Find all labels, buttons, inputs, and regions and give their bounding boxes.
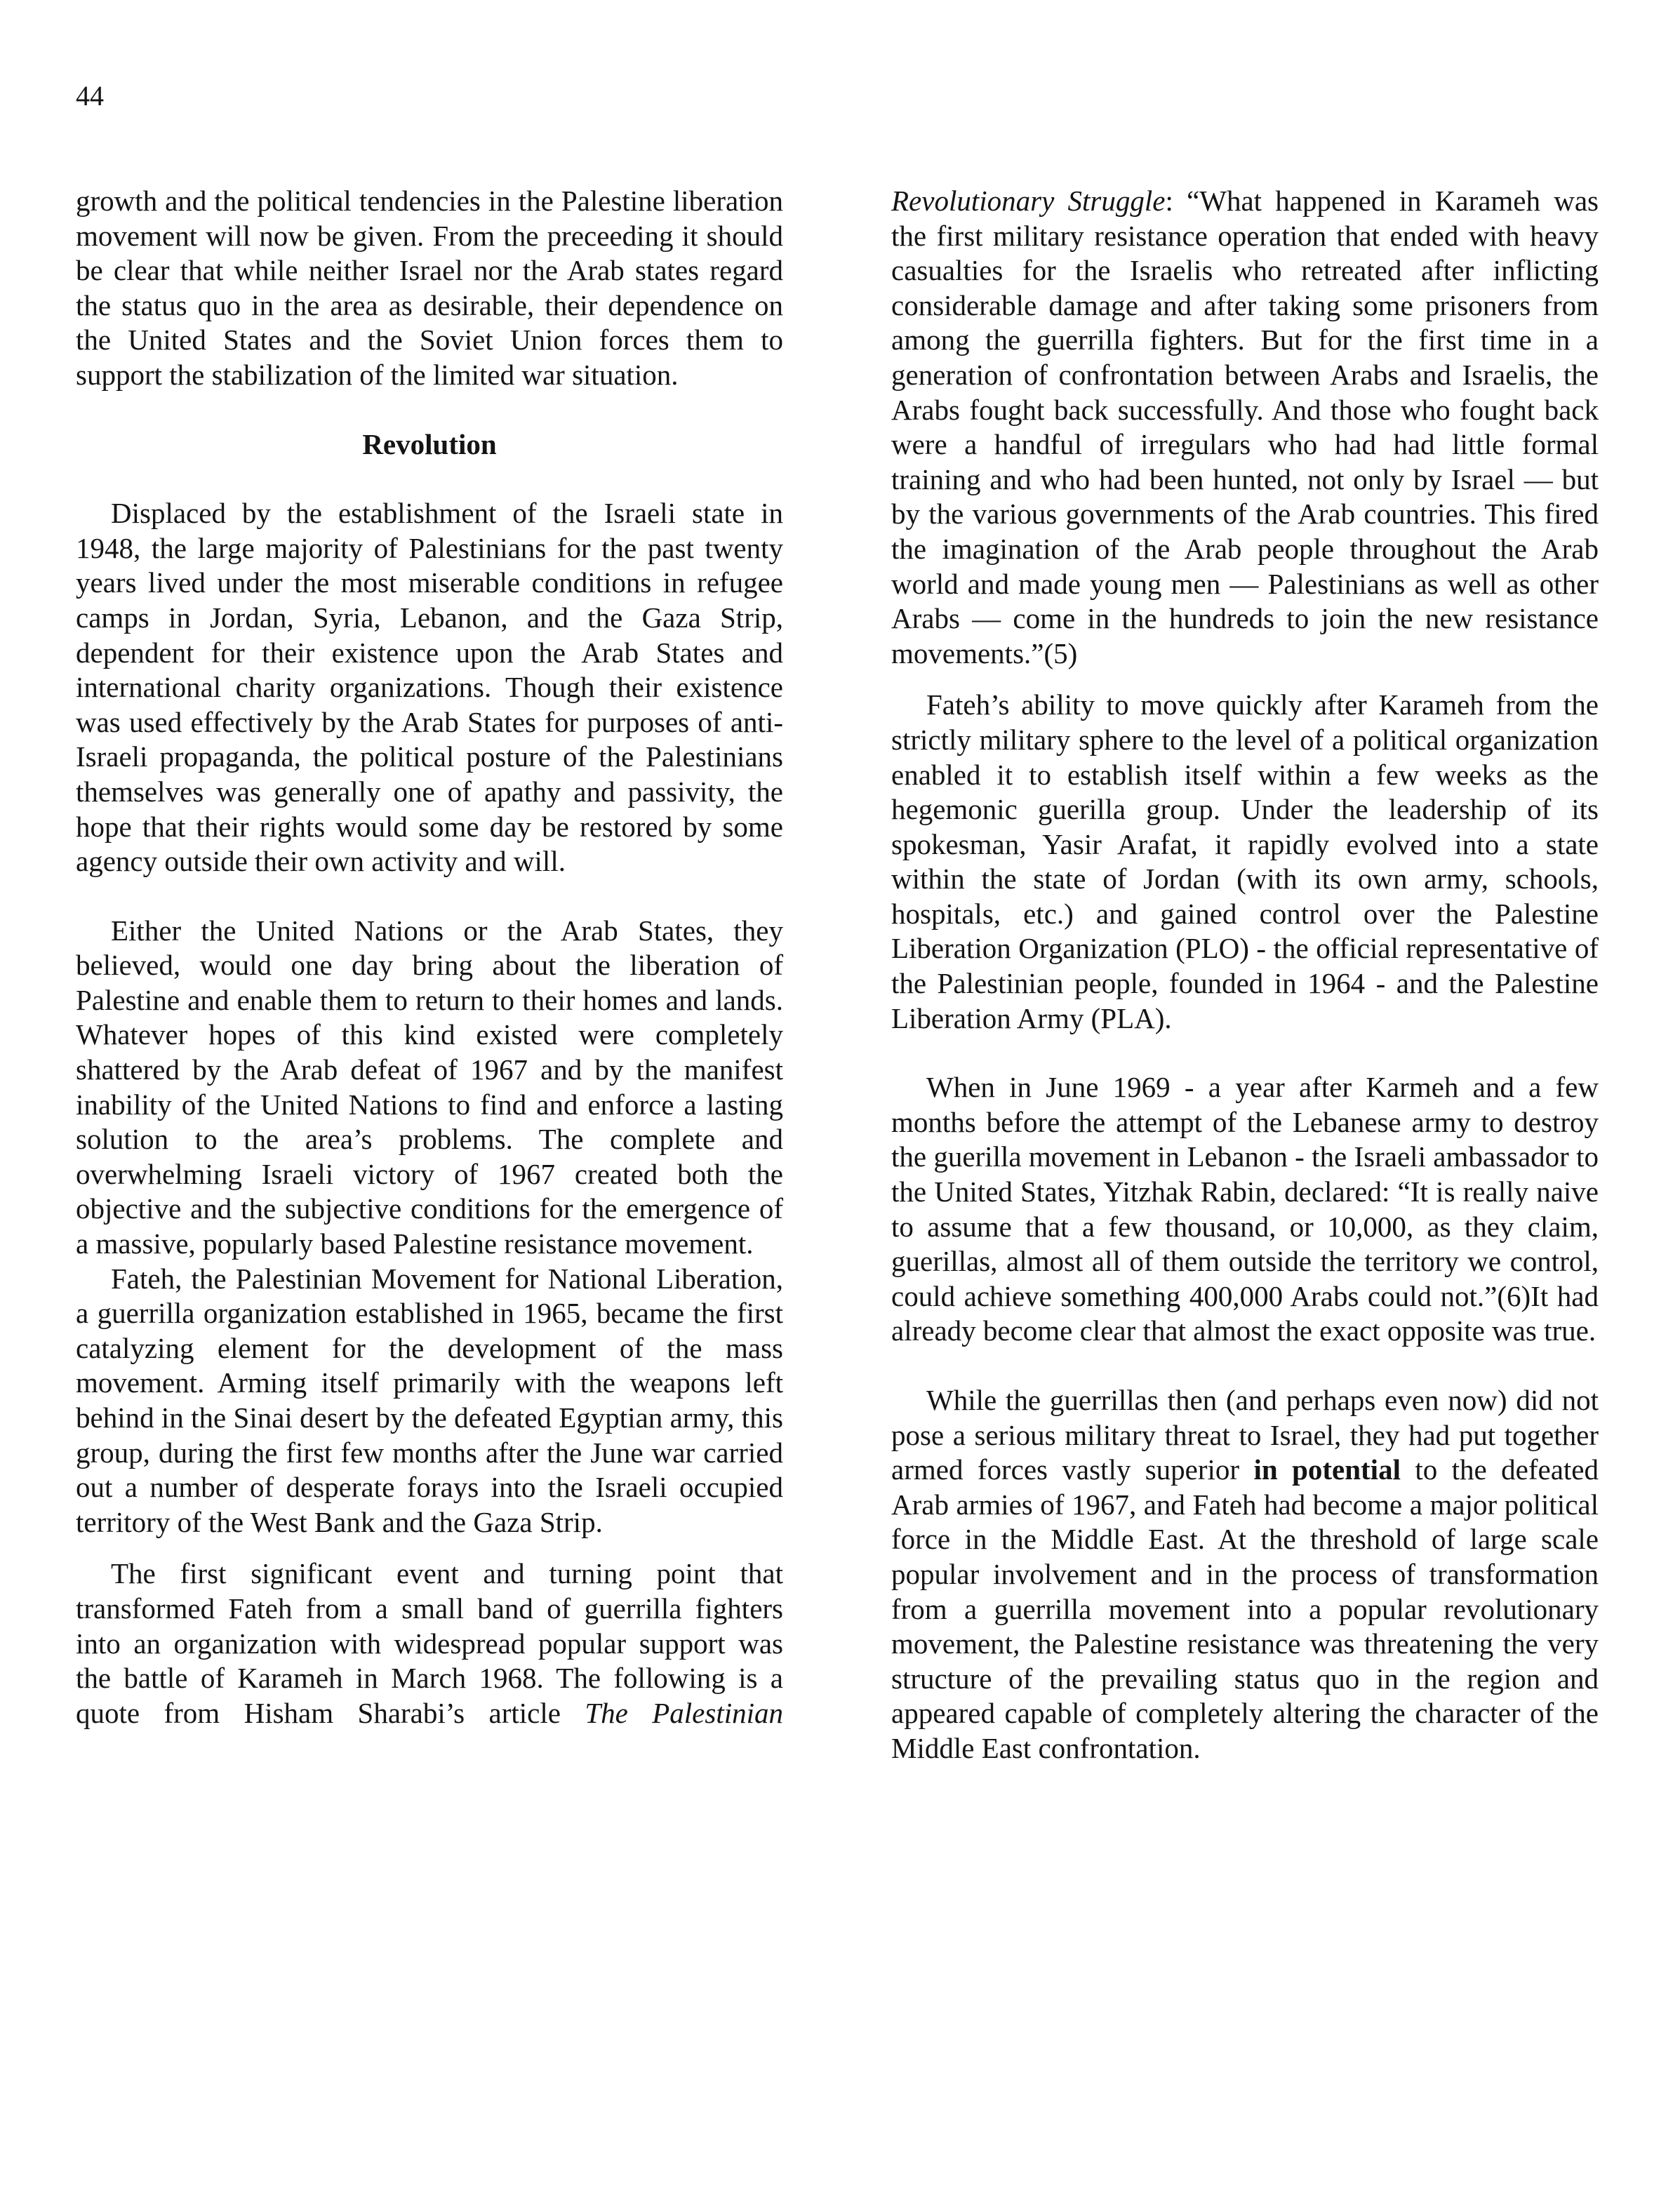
paragraph-gap [891,1036,1599,1070]
paragraph-intro-continuation: growth and the political tendencies in t… [76,184,783,393]
paragraph-gap [76,879,783,914]
paragraph-guerrillas-threat: While the guerrillas then (and perhaps e… [891,1383,1599,1766]
article-title-italic: The Palestinian [585,1697,783,1729]
paragraph-displaced: Displaced by the establishment of the Is… [76,496,783,879]
paragraph-gap [891,1349,1599,1383]
paragraph-either: Either the United Nations or the Arab St… [76,914,783,1262]
paragraph-karameh-intro: The first significant event and turning … [76,1556,783,1731]
page-number: 44 [76,79,104,114]
quote-text: : “What happened in Karameh was the firs… [891,185,1599,669]
section-heading-revolution: Revolution [76,427,783,462]
paragraph-text: to the defeated Arab armies of 1967, and… [891,1453,1599,1764]
right-column: Revolutionary Struggle: “What happened i… [891,184,1599,1766]
left-column: growth and the political tendencies in t… [76,184,783,1731]
paragraph-quote-sharabi: Revolutionary Struggle: “What happened i… [891,184,1599,671]
paragraph-june-1969: When in June 1969 - a year after Karmeh … [891,1070,1599,1349]
paragraph-fateh-ability: Fateh’s ability to move quickly after Ka… [891,688,1599,1036]
emphasis-bold: in potential [1253,1453,1400,1486]
paragraph-gap [76,1540,783,1556]
article-title-italic: Revolutionary Struggle [891,185,1165,217]
paragraph-gap [891,671,1599,688]
paragraph-fateh: Fateh, the Palestinian Movement for Nati… [76,1262,783,1540]
